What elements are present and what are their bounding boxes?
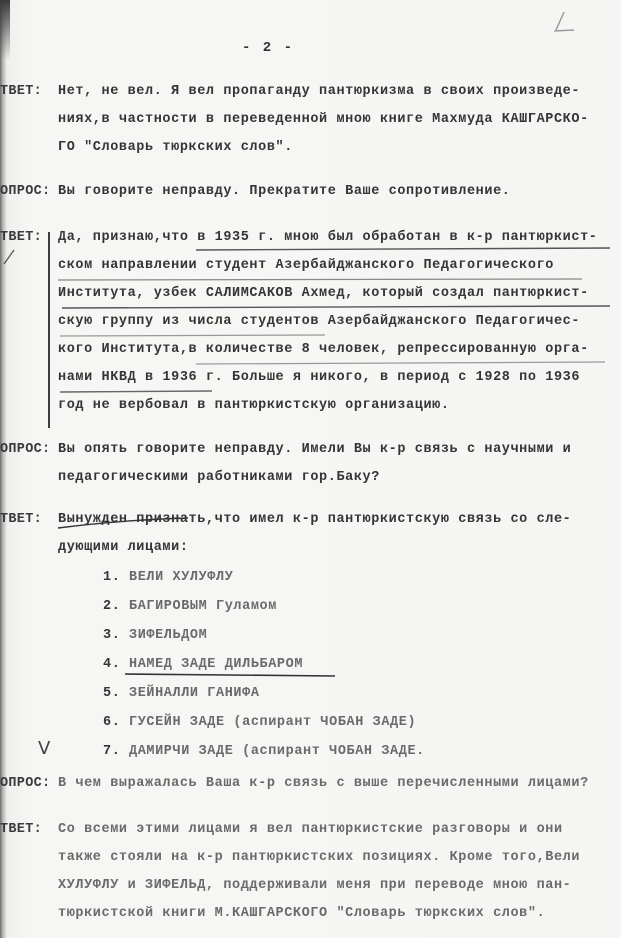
list-text: ЗЕЙНАЛЛИ ГАНИФА: [129, 686, 260, 701]
list-item: 2.БАГИРОВЫМ Гуламом: [103, 592, 425, 621]
speaker-label: ТВЕТ:: [0, 78, 42, 106]
block-text: Да, признаю,что в 1935 г. мною был обраб…: [58, 224, 597, 420]
list-item: 6.ГУСЕЙН ЗАДЕ (аспирант ЧОБАН ЗАДЕ): [103, 708, 425, 737]
speaker-label: ОПРОС:: [0, 770, 50, 798]
block-text: Нет, не вел. Я вел пропаганду пантюркизм…: [58, 78, 589, 162]
list-text: БАГИРОВЫМ Гуламом: [129, 599, 277, 614]
text-line: Вы опять говорите неправду. Имели Вы к-р…: [58, 436, 571, 464]
text-line: ниях,в частности в переведенной мною кни…: [58, 106, 589, 134]
text-line: ском направлении студент Азербайджанског…: [58, 252, 597, 280]
list-number: 4.: [103, 650, 129, 679]
margin-bracket-line: [48, 232, 50, 428]
list-text: ГУСЕЙН ЗАДЕ (аспирант ЧОБАН ЗАДЕ): [129, 715, 416, 730]
text-line: Вы говорите неправду. Прекратите Ваше со…: [58, 178, 510, 206]
text-line: скую группу из числа студентов Азербайдж…: [58, 308, 597, 336]
scan-edge-shadow: [0, 0, 10, 60]
list-text: НАМЕД ЗАДЕ ДИЛЬБАРОМ: [129, 657, 303, 672]
persons-list: 1.ВЕЛИ ХУЛУФЛУ 2.БАГИРОВЫМ Гуламом 3.ЗИФ…: [103, 563, 425, 766]
list-number: 3.: [103, 621, 129, 650]
block-text: Вынужден признать,что имел к-р пантюркис…: [58, 506, 571, 562]
list-text: ВЕЛИ ХУЛУФЛУ: [129, 570, 233, 585]
handwritten-page-mark: [548, 8, 578, 36]
speaker-label: ТВЕТ:: [0, 506, 42, 534]
speaker-label: ОПРОС:: [0, 178, 50, 206]
text-line: Института, узбек САЛИМСАКОВ Ахмед, котор…: [58, 280, 597, 308]
text-line: Да, признаю,что в 1935 г. мною был обраб…: [58, 224, 597, 252]
text-line: Вынужден признать,что имел к-р пантюркис…: [58, 506, 571, 534]
list-number: 2.: [103, 592, 129, 621]
list-item: 3.ЗИФЕЛЬДОМ: [103, 621, 425, 650]
text-line: Со всеми этими лицами я вел пантюркистск…: [58, 816, 580, 844]
list-item: 7.ДАМИРЧИ ЗАДЕ (аспирант ЧОБАН ЗАДЕ.: [103, 737, 425, 766]
text-line: кого Института,в количестве 8 человек, р…: [58, 336, 597, 364]
text-line: В чем выражалась Ваша к-р связь с выше п…: [58, 770, 589, 798]
text-line: тюркистской книги М.КАШГАРСКОГО "Словарь…: [58, 900, 580, 928]
text-line: ГО "Словарь тюркских слов".: [58, 134, 589, 162]
list-number: 1.: [103, 563, 129, 592]
list-number: 6.: [103, 708, 129, 737]
text-line: нами НКВД в 1936 г. Больше я никого, в п…: [58, 364, 597, 392]
speaker-label: ТВЕТ:: [0, 816, 42, 844]
list-text: ЗИФЕЛЬДОМ: [129, 628, 207, 643]
text-line: Нет, не вел. Я вел пропаганду пантюркизм…: [58, 78, 589, 106]
handwritten-check-mark: V: [38, 738, 50, 759]
block-text: Вы опять говорите неправду. Имели Вы к-р…: [58, 436, 571, 492]
block-text: В чем выражалась Ваша к-р связь с выше п…: [58, 770, 589, 798]
page-number: - 2 -: [238, 40, 298, 56]
text-line: педагогическими работниками гор.Баку?: [58, 464, 571, 492]
text-line: ХУЛУФЛУ и ЗИФЕЛЬД, поддерживали меня при…: [58, 872, 580, 900]
list-item: 1.ВЕЛИ ХУЛУФЛУ: [103, 563, 425, 592]
speaker-label: ТВЕТ:: [0, 224, 42, 252]
list-item: 4.НАМЕД ЗАДЕ ДИЛЬБАРОМ: [103, 650, 425, 679]
list-number: 7.: [103, 737, 129, 766]
block-text: Со всеми этими лицами я вел пантюркистск…: [58, 816, 580, 928]
document-page: - 2 - ТВЕТ: Нет, не вел. Я вел пропаганд…: [0, 0, 621, 938]
text-line: год не вербовал в пантюркистскую организ…: [58, 392, 597, 420]
list-item: 5.ЗЕЙНАЛЛИ ГАНИФА: [103, 679, 425, 708]
block-text: Вы говорите неправду. Прекратите Ваше со…: [58, 178, 510, 206]
speaker-label: ОПРОС:: [0, 436, 50, 464]
text-line: также стояли на к-р пантюркистских позиц…: [58, 844, 580, 872]
text-line: дующими лицами:: [58, 534, 571, 562]
list-text: ДАМИРЧИ ЗАДЕ (аспирант ЧОБАН ЗАДЕ.: [129, 744, 425, 759]
list-number: 5.: [103, 679, 129, 708]
